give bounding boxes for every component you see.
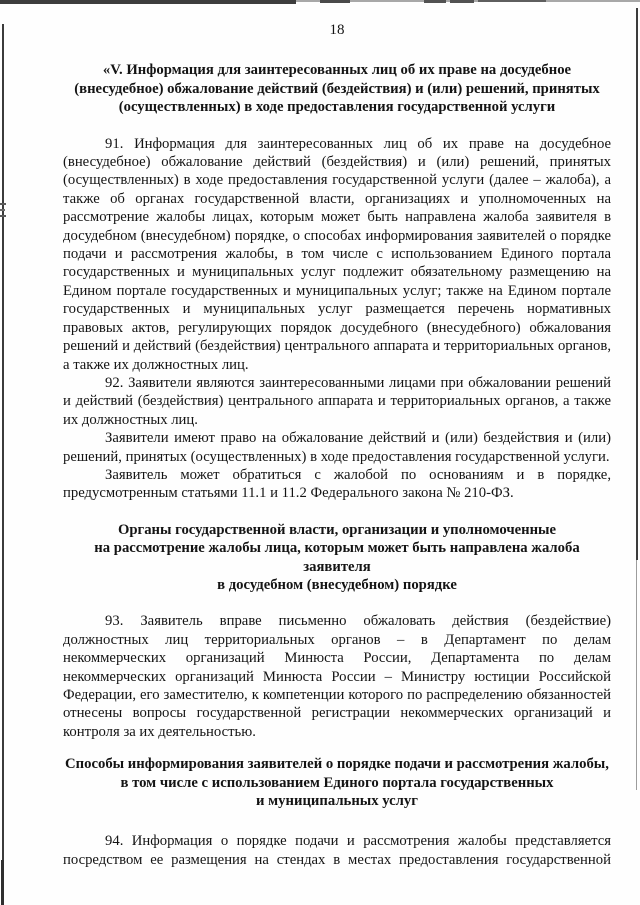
- scan-edge-left-line: [2, 24, 4, 905]
- paragraph-91: 91. Информация для заинтересованных лиц …: [63, 135, 611, 374]
- scan-edge-left-dash: [0, 209, 5, 211]
- scan-edge-right-line: [636, 8, 638, 560]
- scan-edge-right-line-faint: [636, 560, 637, 790]
- page-number: 18: [63, 0, 611, 39]
- document-page: 18 «V. Информация для заинтересованных л…: [0, 0, 640, 905]
- chapter-heading: «V. Информация для заинтересованных лиц …: [63, 61, 611, 116]
- section-heading-informing-ways: Способы информирования заявителей о поря…: [63, 755, 611, 810]
- paragraph-92-grounds: Заявитель может обратиться с жалобой по …: [63, 466, 611, 503]
- scan-edge-left-dash: [0, 215, 6, 217]
- paragraph-93: 93. Заявитель вправе письменно обжаловат…: [63, 612, 611, 741]
- paragraph-92-applicants-right: Заявители имеют право на обжалование дей…: [63, 429, 611, 466]
- section-heading-organs: Органы государственной власти, организац…: [63, 521, 611, 595]
- scan-edge-left-line-thick: [1, 860, 4, 905]
- paragraph-94: 94. Информация о порядке подачи и рассмо…: [63, 832, 611, 869]
- page-content: 18 «V. Информация для заинтересованных л…: [63, 0, 611, 869]
- scan-edge-left-dash: [0, 203, 6, 205]
- paragraph-92: 92. Заявители являются заинтересованными…: [63, 374, 611, 429]
